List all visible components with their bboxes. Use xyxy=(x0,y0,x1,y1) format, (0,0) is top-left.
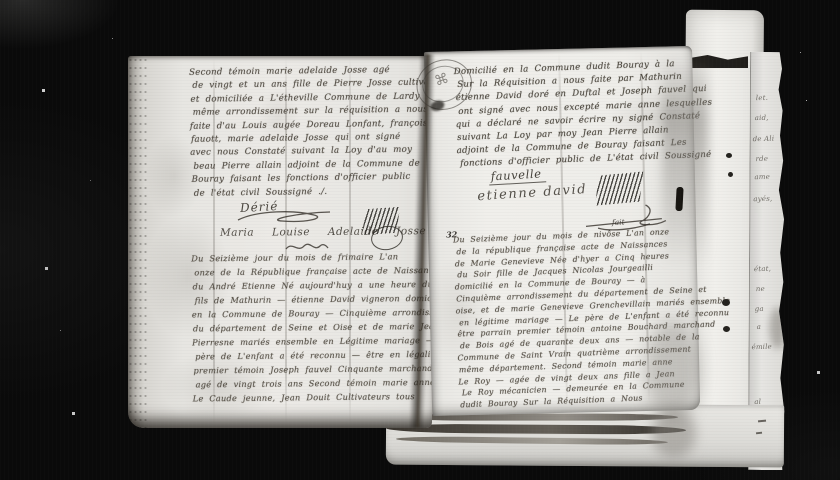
edge-text-fragment: ne xyxy=(756,285,765,293)
dust-specks xyxy=(0,0,1,1)
hatch-signature xyxy=(595,172,643,206)
edge-text-fragment: de Ali xyxy=(753,135,775,144)
edge-text-fragment: let. xyxy=(756,94,768,102)
edge-text-fragment: état, xyxy=(754,265,771,274)
page-edge-smudge xyxy=(662,56,708,266)
ink-spot xyxy=(723,326,730,332)
ink-spot xyxy=(722,299,730,306)
scanned-register-photo: let. aid, de Ali rde ame ayés, état, ne … xyxy=(0,0,840,480)
signature-paraph-swash xyxy=(236,208,332,226)
edge-text-fragment: a xyxy=(757,323,762,331)
signature-fauvelle: fauvelle xyxy=(488,166,546,185)
paraph-label: fait xyxy=(612,217,625,226)
edge-text-fragment: ayés, xyxy=(753,195,772,204)
left-act-text: Second témoin marie adelaide Josse agé d… xyxy=(189,64,450,202)
edge-text-fragment: ga xyxy=(755,305,764,313)
edge-text-fragment: émile xyxy=(751,343,772,352)
edge-text-fragment: aid, xyxy=(755,114,769,122)
ink-blot xyxy=(675,187,683,211)
ink-spot xyxy=(726,153,732,158)
ink-spot xyxy=(728,172,733,177)
page-edge-streak xyxy=(396,436,668,445)
page-edge-smudge xyxy=(645,320,700,420)
page-edge-speckle xyxy=(128,56,148,428)
left-page: Second témoin marie adelaide Josse agé d… xyxy=(128,56,432,428)
paper-smudge xyxy=(770,307,786,349)
edge-text-fragment: ame xyxy=(754,173,770,181)
edge-text-fragment: rde xyxy=(755,155,768,163)
